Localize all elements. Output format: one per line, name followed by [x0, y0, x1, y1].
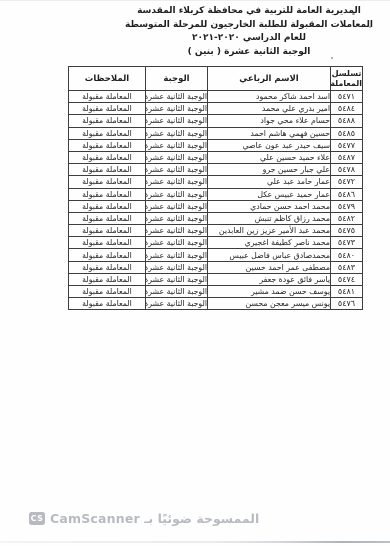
column-header-serial: تسلسل المعاملة	[331, 67, 363, 91]
table-row: ٥٤٨٧علاء حميد حسين عليالوجبة الثانية عشر…	[69, 151, 363, 163]
table-row: ٥٤٨٦عمار حميد عبيس عكلالوجبة الثانية عشر…	[69, 188, 363, 200]
header-directorate-line: المديرية العامة للتربية في محافظة كربلاء…	[105, 5, 390, 19]
cell-notes: المعاملة مقبولة	[69, 249, 146, 261]
cell-serial: ٥٤٨٨	[331, 115, 363, 127]
table-row: ٥٤٧٢عمار حامد عبد عليالوجبة الثانية عشرة…	[69, 176, 363, 188]
cell-batch: الوجبة الثانية عشرة	[146, 212, 208, 224]
cell-batch: الوجبة الثانية عشرة	[146, 225, 208, 237]
cell-batch: الوجبة الثانية عشرة	[146, 261, 208, 273]
camscanner-logo-icon: CS	[29, 512, 45, 525]
cell-notes: المعاملة مقبولة	[69, 237, 146, 249]
cell-name: عمار حميد عبيس عكل	[208, 188, 331, 200]
cell-serial: ٥٤٧٩	[331, 200, 363, 212]
cell-batch: الوجبة الثانية عشرة	[146, 151, 208, 163]
scan-speck	[369, 26, 371, 28]
cell-notes: المعاملة مقبولة	[69, 127, 146, 139]
cell-name: مصطفى عمر احمد حسين	[208, 261, 331, 273]
cell-serial: ٥٤٨٦	[331, 188, 363, 200]
cell-batch: الوجبة الثانية عشرة	[146, 188, 208, 200]
cell-serial: ٥٤٧٣	[331, 237, 363, 249]
cell-batch: الوجبة الثانية عشرة	[146, 273, 208, 285]
camscanner-watermark-text: الممسوحة ضوئيًا بـ CamScanner	[50, 511, 259, 526]
table-row: ٥٤٨١يوسف حسن ضمد مشيرالوجبة الثانية عشرة…	[69, 286, 363, 298]
cell-serial: ٥٤٨٤	[331, 103, 363, 115]
table-row: ٥٤٨٠محمدصادق عباس فاضل عبيسالوجبة الثاني…	[69, 249, 363, 261]
cell-notes: المعاملة مقبولة	[69, 139, 146, 151]
cell-serial: ٥٤٧٢	[331, 176, 363, 188]
cell-batch: الوجبة الثانية عشرة	[146, 164, 208, 176]
cell-serial: ٥٤٧٥	[331, 225, 363, 237]
cell-name: اسد احمد شاكر محمود	[208, 91, 331, 103]
cell-notes: المعاملة مقبولة	[69, 286, 146, 298]
cell-name: سيف حيدر عبد عون عاصي	[208, 139, 331, 151]
cell-name: محمد ناصر كطيفة اغجيري	[208, 237, 331, 249]
page-bottom-edge	[0, 541, 390, 543]
cell-serial: ٥٤٧٧	[331, 139, 363, 151]
cell-name: علاء حميد حسين علي	[208, 151, 331, 163]
cell-name: محمدصادق عباس فاضل عبيس	[208, 249, 331, 261]
cell-batch: الوجبة الثانية عشرة	[146, 176, 208, 188]
table-row: ٥٤٨٤امير بدري علي محمدالوجبة الثانية عشر…	[69, 103, 363, 115]
header-subject-line: المعاملات المقبولة للطلبة الخارجيون للمر…	[105, 19, 390, 33]
cell-batch: الوجبة الثانية عشرة	[146, 200, 208, 212]
students-table: تسلسل المعاملة الاسم الرباعي الوجبة المل…	[68, 66, 363, 310]
table-header-row: تسلسل المعاملة الاسم الرباعي الوجبة المل…	[69, 67, 363, 91]
table-row: ٥٤٨٣مصطفى عمر احمد حسينالوجبة الثانية عش…	[69, 261, 363, 273]
cell-notes: المعاملة مقبولة	[69, 164, 146, 176]
table-row: ٥٤٧٧سيف حيدر عبد عون عاصيالوجبة الثانية …	[69, 139, 363, 151]
cell-batch: الوجبة الثانية عشرة	[146, 115, 208, 127]
page-top-edge	[0, 0, 390, 1]
table-row: ٥٤٧٣محمد ناصر كطيفة اغجيريالوجبة الثانية…	[69, 237, 363, 249]
cell-serial: ٥٤٧٤	[331, 273, 363, 285]
cell-notes: المعاملة مقبولة	[69, 103, 146, 115]
table-row: ٥٤٨٥حسين فهمي هاشم احمدالوجبة الثانية عش…	[69, 127, 363, 139]
cell-serial: ٥٤٧٨	[331, 164, 363, 176]
cell-name: امير بدري علي محمد	[208, 103, 331, 115]
cell-notes: المعاملة مقبولة	[69, 212, 146, 224]
cell-notes: المعاملة مقبولة	[69, 261, 146, 273]
cell-batch: الوجبة الثانية عشرة	[146, 249, 208, 261]
scan-speck	[352, 13, 355, 15]
table-row: ٥٤٧٩محمد احمد حسن حماديالوجبة الثانية عش…	[69, 200, 363, 212]
cell-batch: الوجبة الثانية عشرة	[146, 103, 208, 115]
cell-serial: ٥٤٨٥	[331, 127, 363, 139]
cell-notes: المعاملة مقبولة	[69, 273, 146, 285]
camscanner-watermark: CS الممسوحة ضوئيًا بـ CamScanner	[29, 511, 259, 526]
cell-serial: ٥٤٨٠	[331, 249, 363, 261]
table-row: ٥٤٧١اسد احمد شاكر محمودالوجبة الثانية عش…	[69, 91, 363, 103]
document-header: المديرية العامة للتربية في محافظة كربلاء…	[105, 5, 390, 59]
cell-serial: ٥٤٧١	[331, 91, 363, 103]
table-row: ٥٤٧٤ياسر فائق عودة جعفرالوجبة الثانية عش…	[69, 273, 363, 285]
cell-batch: الوجبة الثانية عشرة	[146, 286, 208, 298]
scanned-page: المديرية العامة للتربية في محافظة كربلاء…	[0, 0, 390, 546]
scan-speck	[331, 57, 333, 59]
cell-name: ياسر فائق عودة جعفر	[208, 273, 331, 285]
column-header-name: الاسم الرباعي	[208, 67, 331, 91]
cell-name: حسام علاء محي جواد	[208, 115, 331, 127]
cell-batch: الوجبة الثانية عشرة	[146, 237, 208, 249]
table-row: ٥٤٧٥محمد عبد الأمير عزيز زين العابدينالو…	[69, 225, 363, 237]
cell-name: علي جبار حسين جرو	[208, 164, 331, 176]
cell-name: حسين فهمي هاشم احمد	[208, 127, 331, 139]
cell-notes: المعاملة مقبولة	[69, 151, 146, 163]
cell-serial: ٥٤٨٢	[331, 212, 363, 224]
cell-batch: الوجبة الثانية عشرة	[146, 91, 208, 103]
cell-name: محمد احمد حسن حمادي	[208, 200, 331, 212]
cell-notes: المعاملة مقبولة	[69, 200, 146, 212]
column-header-batch: الوجبة	[146, 67, 208, 91]
cell-serial: ٥٤٨٧	[331, 151, 363, 163]
cell-name: يوسف حسن ضمد مشير	[208, 286, 331, 298]
table-row: ٥٤٨٢محمد رزاق كاظم تنبشالوجبة الثانية عش…	[69, 212, 363, 224]
header-academic-year-line: للعام الدراسي ٢٠٢٠-٢٠٢١	[105, 32, 390, 46]
cell-name: محمد عبد الأمير عزيز زين العابدين	[208, 225, 331, 237]
cell-batch: الوجبة الثانية عشرة	[146, 139, 208, 151]
cell-notes: المعاملة مقبولة	[69, 91, 146, 103]
cell-notes: المعاملة مقبولة	[69, 176, 146, 188]
table-row: ٥٤٧٨علي جبار حسين جروالوجبة الثانية عشرة…	[69, 164, 363, 176]
cell-notes: المعاملة مقبولة	[69, 298, 146, 310]
cell-name: محمد رزاق كاظم تنبش	[208, 212, 331, 224]
cell-serial: ٥٤٨١	[331, 286, 363, 298]
cell-batch: الوجبة الثانية عشرة	[146, 127, 208, 139]
column-header-notes: الملاحظات	[69, 67, 146, 91]
cell-serial: ٥٤٧٦	[331, 298, 363, 310]
table-row: ٥٤٧٦يونس ميسر معجن محسنالوجبة الثانية عش…	[69, 298, 363, 310]
cell-name: يونس ميسر معجن محسن	[208, 298, 331, 310]
cell-notes: المعاملة مقبولة	[69, 188, 146, 200]
header-batch-line: الوجبة الثانية عشرة ( بنين )	[105, 46, 390, 60]
cell-notes: المعاملة مقبولة	[69, 225, 146, 237]
table-row: ٥٤٨٨حسام علاء محي جوادالوجبة الثانية عشر…	[69, 115, 363, 127]
table-body: ٥٤٧١اسد احمد شاكر محمودالوجبة الثانية عش…	[69, 91, 363, 310]
cell-batch: الوجبة الثانية عشرة	[146, 298, 208, 310]
cell-name: عمار حامد عبد علي	[208, 176, 331, 188]
cell-notes: المعاملة مقبولة	[69, 115, 146, 127]
cell-serial: ٥٤٨٣	[331, 261, 363, 273]
